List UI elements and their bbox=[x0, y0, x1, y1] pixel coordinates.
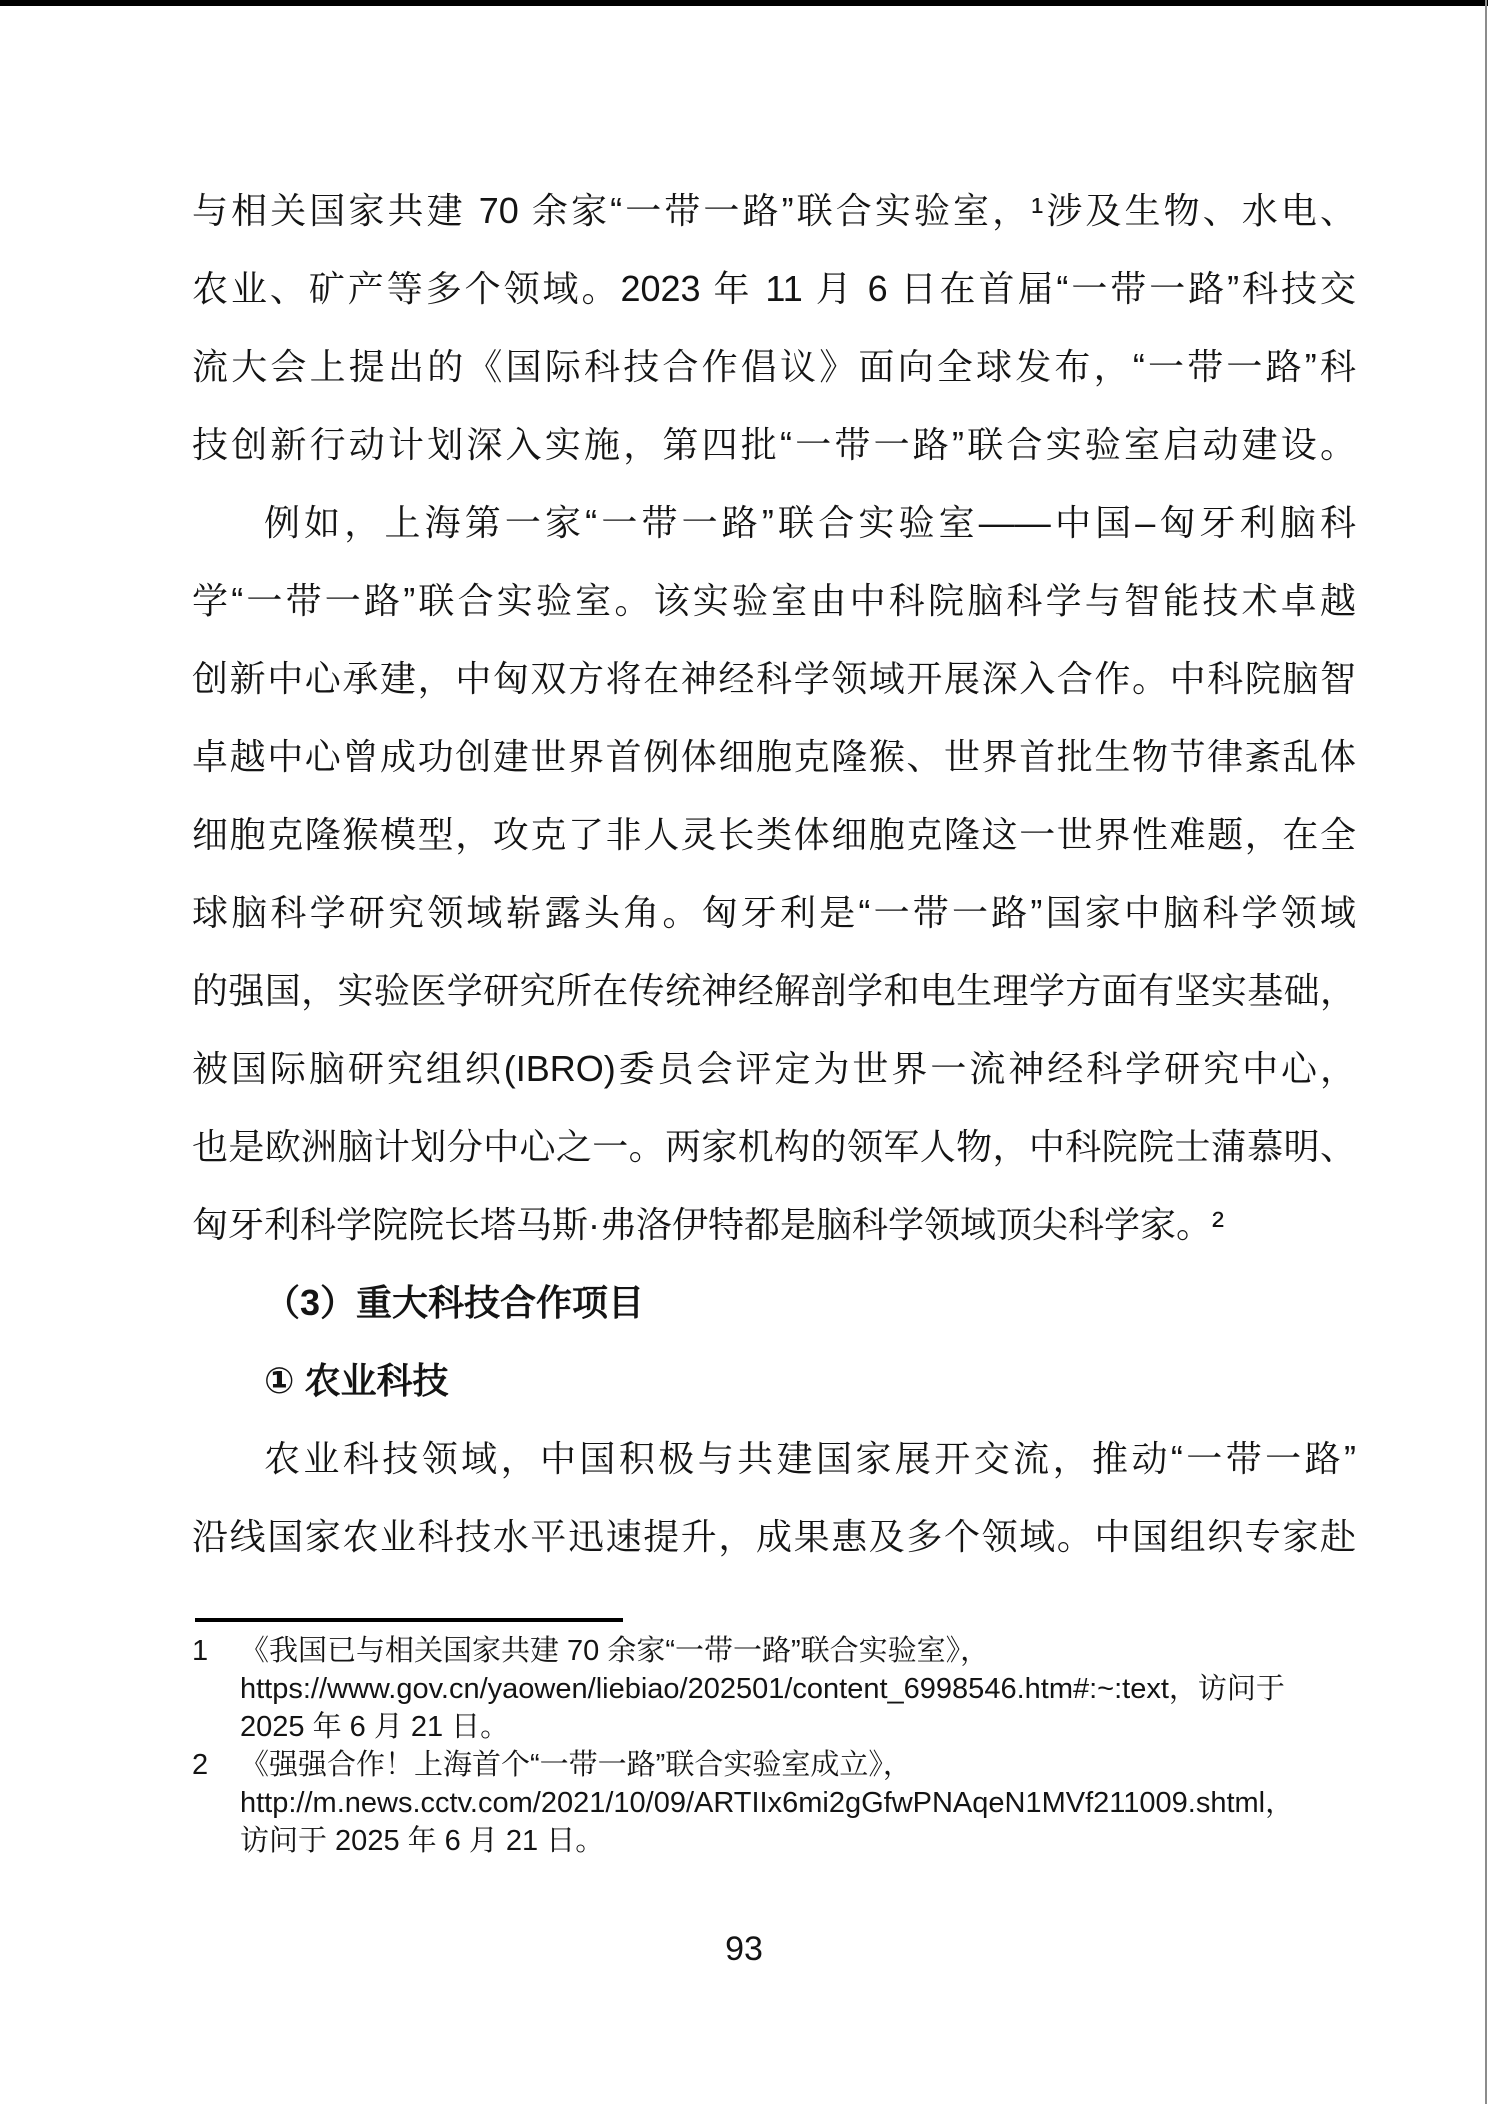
footnote-line: http://m.news.cctv.com/2021/10/09/ARTIIx… bbox=[240, 1784, 1367, 1822]
footnote: 2《强强合作！上海首个“一带一路”联合实验室成立》，http://m.news.… bbox=[192, 1746, 1367, 1860]
footnote-line: 2025 年 6 月 21 日。 bbox=[240, 1708, 1367, 1746]
footnote-number: 2 bbox=[192, 1746, 240, 1784]
footnote-line: 《强强合作！上海首个“一带一路”联合实验室成立》， bbox=[240, 1746, 1367, 1784]
page-number: 93 bbox=[0, 1930, 1488, 1969]
document-body: 与相关国家共建 70 余家“一带一路”联合实验室，¹涉及生物、水电、农业、矿产等… bbox=[192, 172, 1356, 1576]
section-heading: （3）重大科技合作项目 bbox=[192, 1264, 1356, 1342]
footnotes-section: 1《我国已与相关国家共建 70 余家“一带一路”联合实验室》，https://w… bbox=[192, 1632, 1367, 1860]
footnote-number: 1 bbox=[192, 1632, 240, 1670]
body-line: 细胞克隆猴模型，攻克了非人灵长类体细胞克隆这一世界性难题，在全 bbox=[192, 796, 1356, 874]
body-line: 例如，上海第一家“一带一路”联合实验室——中国–匈牙利脑科 bbox=[192, 484, 1356, 562]
right-border-line bbox=[1485, 0, 1487, 2104]
footnote-text: 《我国已与相关国家共建 70 余家“一带一路”联合实验室》，https://ww… bbox=[240, 1632, 1367, 1746]
top-border-bar bbox=[0, 0, 1488, 6]
footnote: 1《我国已与相关国家共建 70 余家“一带一路”联合实验室》，https://w… bbox=[192, 1632, 1367, 1746]
section-heading: ① 农业科技 bbox=[192, 1342, 1356, 1420]
body-line: 农业、矿产等多个领域。2023 年 11 月 6 日在首届“一带一路”科技交 bbox=[192, 250, 1356, 328]
footnote-separator bbox=[195, 1618, 623, 1622]
footnote-line: https://www.gov.cn/yaowen/liebiao/202501… bbox=[240, 1670, 1367, 1708]
body-line: 农业科技领域，中国积极与共建国家展开交流，推动“一带一路” bbox=[192, 1420, 1356, 1498]
body-line: 学“一带一路”联合实验室。该实验室由中科院脑科学与智能技术卓越 bbox=[192, 562, 1356, 640]
body-line: 创新中心承建，中匈双方将在神经科学领域开展深入合作。中科院脑智 bbox=[192, 640, 1356, 718]
body-line: 被国际脑研究组织(IBRO)委员会评定为世界一流神经科学研究中心， bbox=[192, 1030, 1356, 1108]
body-line: 技创新行动计划深入实施，第四批“一带一路”联合实验室启动建设。 bbox=[192, 406, 1356, 484]
footnote-text: 《强强合作！上海首个“一带一路”联合实验室成立》，http://m.news.c… bbox=[240, 1746, 1367, 1860]
body-line: 卓越中心曾成功创建世界首例体细胞克隆猴、世界首批生物节律紊乱体 bbox=[192, 718, 1356, 796]
body-line: 沿线国家农业科技水平迅速提升，成果惠及多个领域。中国组织专家赴 bbox=[192, 1498, 1356, 1576]
body-line: 流大会上提出的《国际科技合作倡议》面向全球发布，“一带一路”科 bbox=[192, 328, 1356, 406]
body-line: 匈牙利科学院院长塔马斯·弗洛伊特都是脑科学领域顶尖科学家。² bbox=[192, 1186, 1356, 1264]
footnote-line: 访问于 2025 年 6 月 21 日。 bbox=[240, 1822, 1367, 1860]
body-line: 的强国，实验医学研究所在传统神经解剖学和电生理学方面有坚实基础， bbox=[192, 952, 1356, 1030]
footnote-line: 《我国已与相关国家共建 70 余家“一带一路”联合实验室》， bbox=[240, 1632, 1367, 1670]
document-page: 与相关国家共建 70 余家“一带一路”联合实验室，¹涉及生物、水电、农业、矿产等… bbox=[0, 0, 1488, 2104]
body-line: 与相关国家共建 70 余家“一带一路”联合实验室，¹涉及生物、水电、 bbox=[192, 172, 1356, 250]
body-line: 也是欧洲脑计划分中心之一。两家机构的领军人物，中科院院士蒲慕明、 bbox=[192, 1108, 1356, 1186]
body-line: 球脑科学研究领域崭露头角。匈牙利是“一带一路”国家中脑科学领域 bbox=[192, 874, 1356, 952]
